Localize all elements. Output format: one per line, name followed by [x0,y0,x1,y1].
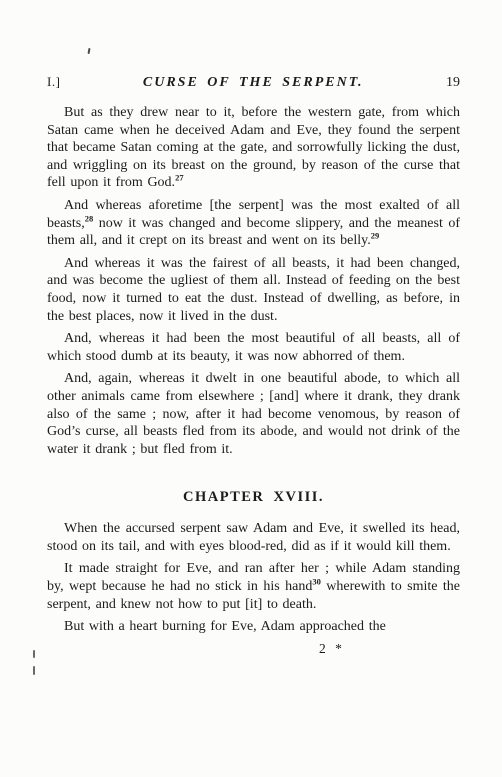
scan-margin-mark [33,650,35,658]
running-title: CURSE OF THE SERPENT. [143,75,364,91]
paragraph: But with a heart burning for Eve, Adam a… [47,618,460,636]
paragraph: When the accursed serpent saw Adam and E… [47,520,460,555]
signature-mark: 2 * [47,641,460,657]
text-block: I.] CURSE OF THE SERPENT. 19 But as they… [47,74,460,657]
paragraph: And whereas it was the fairest of all be… [47,255,460,325]
chapter-heading: CHAPTER XVIII. [47,489,460,506]
page-header: I.] CURSE OF THE SERPENT. 19 [47,74,460,91]
paragraph: It made straight for Eve, and ran after … [47,560,460,613]
paragraph: And, whereas it had been the most beauti… [47,330,460,365]
page-number: 19 [446,75,460,91]
paragraph: And whereas aforetime [the serpent] was … [47,197,460,250]
book-page-scan: I.] CURSE OF THE SERPENT. 19 But as they… [0,0,502,777]
scan-margin-mark [33,666,35,675]
scan-speck-artifact [87,48,90,54]
paragraph: But as they drew near to it, before the … [47,104,460,192]
footnote-reference: 28 [85,213,94,223]
footnote-reference: 29 [371,231,380,241]
paragraph: And, again, whereas it dwelt in one beau… [47,370,460,458]
footnote-reference: 30 [312,576,321,586]
section-label: I.] [47,74,60,90]
footnote-reference: 27 [175,173,184,183]
